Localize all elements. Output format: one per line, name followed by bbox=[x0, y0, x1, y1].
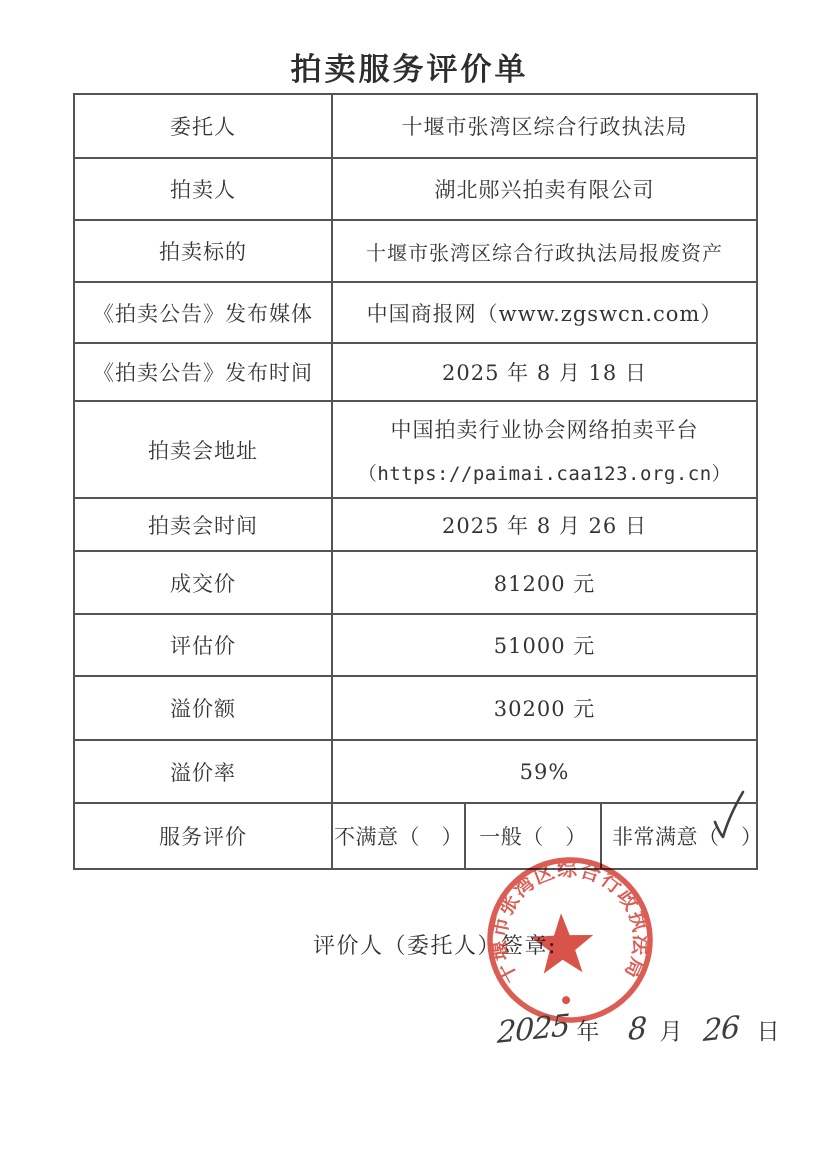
row-label-text: 溢价额 bbox=[170, 693, 236, 723]
table-row: 拍卖会时间 2025 年 8 月 26 日 bbox=[75, 497, 756, 550]
row-value-text: 2025 年 8 月 18 日 bbox=[442, 357, 647, 387]
date-day-unit: 日 bbox=[757, 1013, 781, 1046]
row-value-text: 十堰市张湾区综合行政执法局 bbox=[402, 111, 688, 141]
row-value: 2025 年 8 月 18 日 bbox=[333, 344, 756, 400]
row-value: 十堰市张湾区综合行政执法局报废资产 bbox=[333, 221, 756, 281]
row-label-text: 拍卖标的 bbox=[159, 236, 247, 266]
row-label: 溢价额 bbox=[75, 677, 333, 739]
option-text: 非常满意（ ） bbox=[612, 821, 756, 851]
row-label: 评估价 bbox=[75, 615, 333, 675]
row-label: 拍卖会地址 bbox=[75, 402, 333, 497]
row-value: 30200 元 bbox=[333, 677, 756, 739]
row-label-text: 委托人 bbox=[170, 111, 236, 141]
row-value-text: 81200 元 bbox=[494, 568, 595, 598]
seal-star-icon bbox=[530, 912, 595, 974]
row-value: 81200 元 bbox=[333, 552, 756, 613]
date-day: 26 bbox=[703, 1010, 740, 1049]
row-label-text: 《拍卖公告》发布时间 bbox=[93, 357, 313, 387]
table-row: 溢价率 59% bbox=[75, 739, 756, 802]
date-month: 8 bbox=[628, 1011, 647, 1048]
row-value: 十堰市张湾区综合行政执法局 bbox=[333, 95, 756, 157]
row-value-text: 30200 元 bbox=[494, 693, 595, 723]
row-label-text: 拍卖会时间 bbox=[148, 510, 258, 540]
option-text: 一般（ ） bbox=[479, 821, 587, 851]
row-label: 拍卖会时间 bbox=[75, 499, 333, 550]
table-row: 《拍卖公告》发布媒体 中国商报网（www.zgswcn.com） bbox=[75, 281, 756, 342]
seal-bottom-dot bbox=[562, 996, 570, 1004]
row-label-text: 服务评价 bbox=[159, 821, 247, 851]
option-text: 不满意（ ） bbox=[334, 821, 463, 851]
service-option-unsatisfied: 不满意（ ） bbox=[333, 804, 464, 868]
official-seal: 十堰市张湾区综合行政执法局 bbox=[481, 851, 659, 1029]
row-label-text: 评估价 bbox=[170, 630, 236, 660]
evaluation-form-table: 委托人 十堰市张湾区综合行政执法局 拍卖人 湖北郧兴拍卖有限公司 拍卖标的 十堰… bbox=[73, 93, 758, 870]
row-value-text: 中国商报网（www.zgswcn.com） bbox=[367, 298, 723, 328]
auction-platform-url: （https://paimai.caa123.org.cn） bbox=[358, 459, 731, 486]
row-value-text: 湖北郧兴拍卖有限公司 bbox=[435, 174, 655, 204]
row-label: 拍卖人 bbox=[75, 159, 333, 219]
row-label-text: 《拍卖公告》发布媒体 bbox=[93, 298, 313, 328]
row-label-text: 溢价率 bbox=[170, 757, 236, 787]
table-row-service-rating: 服务评价 不满意（ ） 一般（ ） 非常满意（ ） bbox=[75, 802, 756, 868]
table-row: 《拍卖公告》发布时间 2025 年 8 月 18 日 bbox=[75, 342, 756, 400]
document-page: 拍卖服务评价单 委托人 十堰市张湾区综合行政执法局 拍卖人 湖北郧兴拍卖有限公司… bbox=[0, 0, 819, 1169]
date-month-unit: 月 bbox=[659, 1013, 683, 1046]
table-row: 成交价 81200 元 bbox=[75, 550, 756, 613]
auction-platform-text: 中国拍卖行业协会网络拍卖平台 bbox=[391, 414, 699, 444]
seal-text: 十堰市张湾区综合行政执法局 bbox=[483, 854, 655, 989]
row-label: 《拍卖公告》发布时间 bbox=[75, 344, 333, 400]
row-value: 中国拍卖行业协会网络拍卖平台 （https://paimai.caa123.or… bbox=[333, 402, 756, 497]
table-row: 委托人 十堰市张湾区综合行政执法局 bbox=[75, 95, 756, 157]
row-label: 溢价率 bbox=[75, 741, 333, 802]
row-value: 51000 元 bbox=[333, 615, 756, 675]
row-value: 中国商报网（www.zgswcn.com） bbox=[333, 283, 756, 342]
row-label-text: 拍卖人 bbox=[170, 174, 236, 204]
row-label-text: 拍卖会地址 bbox=[148, 435, 258, 465]
row-value-text: 51000 元 bbox=[494, 630, 595, 660]
row-value-text: 2025 年 8 月 26 日 bbox=[442, 510, 647, 540]
table-row: 拍卖人 湖北郧兴拍卖有限公司 bbox=[75, 157, 756, 219]
date-year-unit: 年 bbox=[576, 1013, 600, 1046]
row-label: 《拍卖公告》发布媒体 bbox=[75, 283, 333, 342]
row-label: 委托人 bbox=[75, 95, 333, 157]
table-row: 拍卖会地址 中国拍卖行业协会网络拍卖平台 （https://paimai.caa… bbox=[75, 400, 756, 497]
table-row: 溢价额 30200 元 bbox=[75, 675, 756, 739]
svg-text:十堰市张湾区综合行政执法局: 十堰市张湾区综合行政执法局 bbox=[483, 854, 655, 989]
row-value-text: 59% bbox=[520, 760, 570, 784]
row-label: 拍卖标的 bbox=[75, 221, 333, 281]
row-value: 湖北郧兴拍卖有限公司 bbox=[333, 159, 756, 219]
row-label-text: 成交价 bbox=[170, 568, 236, 598]
table-row: 评估价 51000 元 bbox=[75, 613, 756, 675]
date-year: 2025 bbox=[497, 1008, 570, 1051]
table-row: 拍卖标的 十堰市张湾区综合行政执法局报废资产 bbox=[75, 219, 756, 281]
page-title: 拍卖服务评价单 bbox=[0, 44, 819, 89]
row-value: 59% bbox=[333, 741, 756, 802]
evaluation-date: 2025 年 8 月 26 日 bbox=[497, 1012, 781, 1047]
row-value-text: 十堰市张湾区综合行政执法局报废资产 bbox=[366, 237, 723, 266]
row-label: 服务评价 bbox=[75, 804, 333, 868]
row-value: 2025 年 8 月 26 日 bbox=[333, 499, 756, 550]
row-label: 成交价 bbox=[75, 552, 333, 613]
